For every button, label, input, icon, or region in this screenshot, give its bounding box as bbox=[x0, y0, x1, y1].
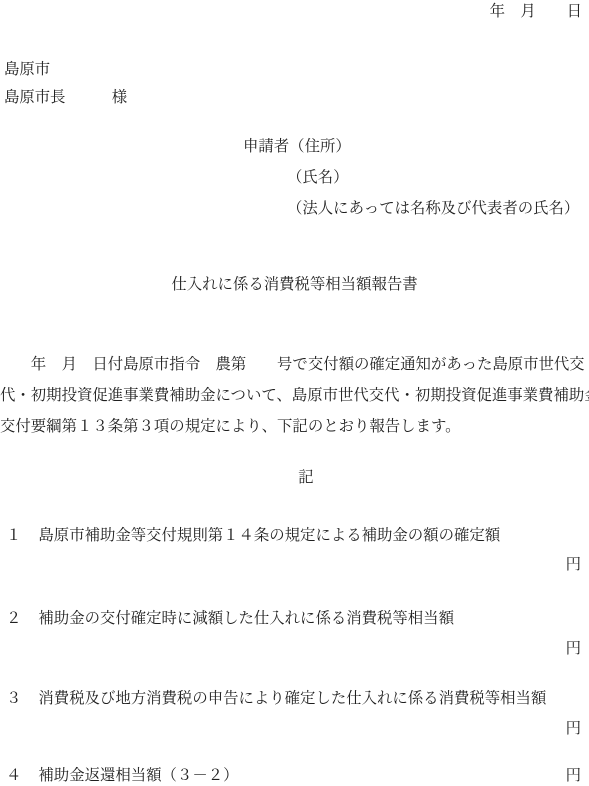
item-1-label: 島原市補助金等交付規則第１４条の規定による補助金の額の確定額 bbox=[38, 527, 500, 544]
addressee-mayor: 島原市長 様 bbox=[4, 89, 127, 107]
item-4-row: ４補助金返還相当額（３－２） bbox=[6, 767, 239, 785]
item-1-unit-yen: 円 bbox=[566, 556, 581, 574]
record-marker: 記 bbox=[0, 469, 589, 487]
item-3-number: ３ bbox=[6, 690, 21, 708]
item-3-unit-yen: 円 bbox=[566, 720, 581, 738]
item-3-row: ３消費税及び地方消費税の申告により確定した仕入れに係る消費税等相当額 bbox=[6, 690, 546, 708]
item-2-unit-yen: 円 bbox=[566, 640, 581, 658]
body-paragraph-line-1: 年 月 日付島原市指令 農第 号で交付額の確定通知があった島原市世代交 bbox=[0, 356, 585, 374]
item-2-row: ２補助金の交付確定時に減額した仕入れに係る消費税等相当額 bbox=[6, 610, 454, 628]
item-4-number: ４ bbox=[6, 767, 21, 785]
body-paragraph-line-3: 交付要綱第１３条第３項の規定により、下記のとおり報告します。 bbox=[0, 418, 461, 436]
applicant-corporation-note: （法人にあっては名称及び代表者の氏名） bbox=[287, 200, 579, 218]
item-1-row: １島原市補助金等交付規則第１４条の規定による補助金の額の確定額 bbox=[6, 527, 500, 545]
body-paragraph-line-2: 代・初期投資促進事業費補助金について、島原市世代交代・初期投資促進事業費補助金 bbox=[0, 387, 589, 405]
item-1-number: １ bbox=[6, 527, 21, 545]
item-2-label: 補助金の交付確定時に減額した仕入れに係る消費税等相当額 bbox=[38, 610, 454, 627]
item-4-unit-yen: 円 bbox=[566, 767, 581, 785]
document-page: 年 月 日 島原市 島原市長 様 申請者（住所） （氏名） （法人にあっては名称… bbox=[0, 0, 589, 786]
item-2-number: ２ bbox=[6, 610, 21, 628]
document-title: 仕入れに係る消費税等相当額報告書 bbox=[0, 276, 589, 294]
addressee-city: 島原市 bbox=[4, 61, 50, 79]
applicant-address-label: 申請者（住所） bbox=[243, 138, 351, 156]
item-3-label: 消費税及び地方消費税の申告により確定した仕入れに係る消費税等相当額 bbox=[38, 690, 546, 707]
date-line: 年 月 日 bbox=[490, 3, 582, 21]
item-4-label: 補助金返還相当額（３－２） bbox=[38, 767, 238, 784]
applicant-name-label: （氏名） bbox=[287, 169, 349, 187]
